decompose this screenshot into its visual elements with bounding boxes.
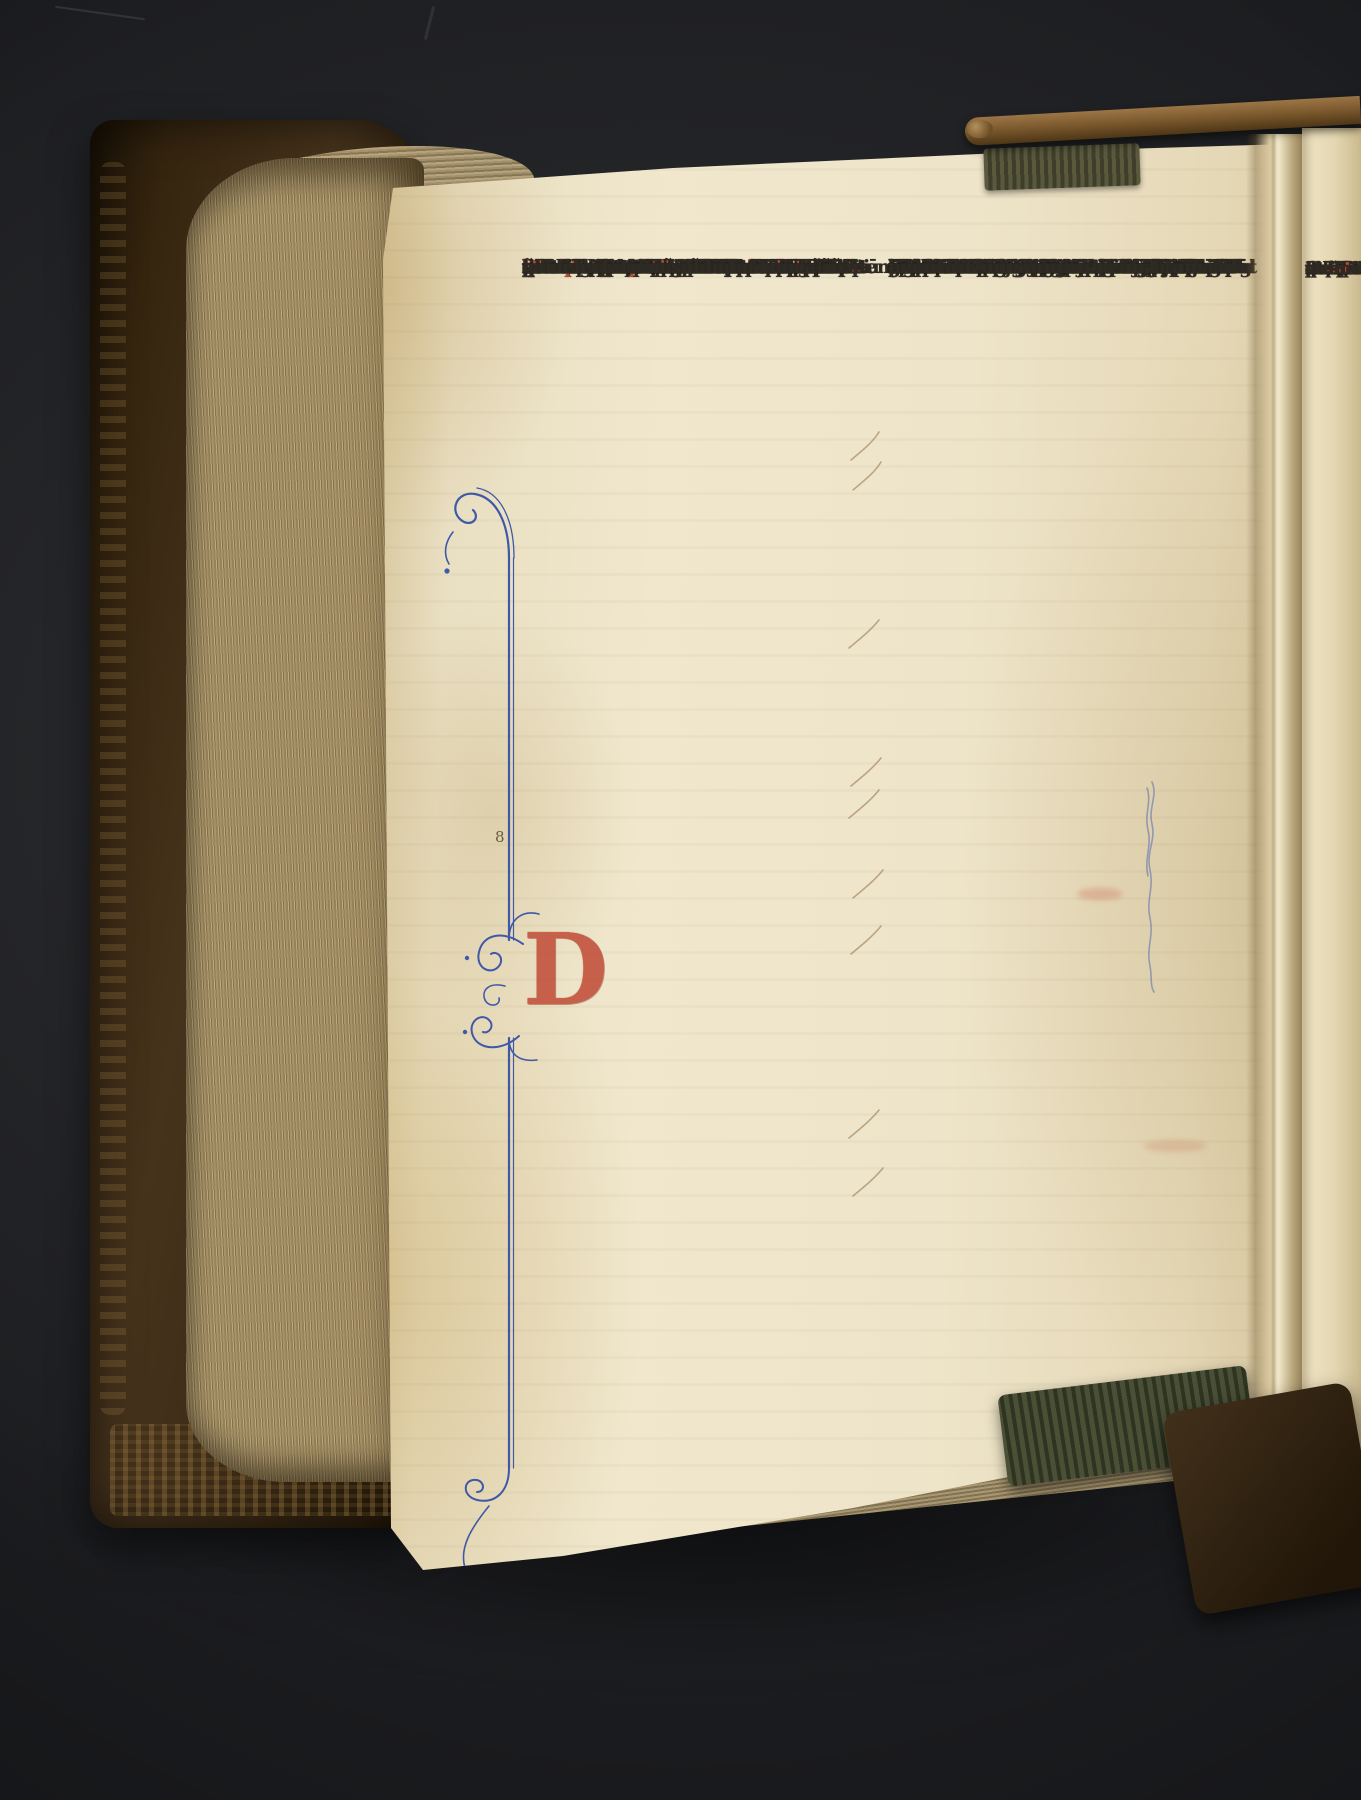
body-text: in carnali contactu. que duplex ē.	[522, 254, 850, 281]
body-text: ad cetera mbra. Tempantia ū cir	[522, 254, 837, 281]
body-text: test eē 7 ueniales 7 mortales. Vñ	[522, 254, 842, 281]
body-text: zona aurea est sponse reges eccl	[888, 254, 1229, 281]
body-text: ad eternum. Vñ scdm hoc modum	[522, 254, 853, 281]
body-text: lei. Solet aū querī utrum ebrietas	[522, 254, 848, 281]
body-text: mortale pecm est 7 destruit uirtu	[522, 254, 849, 281]
body-text: ad decorem data. dan. x. Ecce uir	[888, 254, 1236, 281]
blue-marginal-squiggle	[1140, 778, 1162, 996]
blue-penwork-flourish	[419, 466, 639, 1606]
body-text: auro obrizo. apo. i. Vidit iohs si	[888, 254, 1214, 281]
body-text: uel dormiente; 7 dicitur in libro de	[888, 254, 1252, 281]
body-text: eēt. Virtutem. n. ñ destruit ī mor	[522, 254, 842, 281]
body-text: delectationes scdm tactum. multi	[522, 254, 851, 281]
rubric-text: q' attendit' circa delectationes.	[558, 254, 861, 281]
facing-page-sliver: amilla ssuenta eodmues est sortaque seru…	[1302, 128, 1361, 1458]
photo-backdrop: lei. Solet aū querī utrum ebrietasquelib…	[0, 0, 1361, 1800]
red-bleedthrough-smudge	[1077, 888, 1123, 900]
body-text: choitu illicito. 7 est hec uirtus ual	[888, 254, 1243, 281]
body-text: brietatem ptinens. Vnus attendi	[522, 254, 835, 281]
body-text: in quibz maxime seuit cōcupiscia.	[888, 254, 1238, 281]
body-text: in suauitate unguentor. quedam	[522, 254, 838, 281]
body-text: figura uidetur fuisse continentie	[888, 254, 1225, 281]
body-text: tium necria. regit enim menbra illa	[888, 254, 1255, 281]
body-text: qm necrium est. 7 iste excessus po	[522, 254, 863, 281]
body-text: Ideo in menbro gnatiōis deputa	[888, 254, 1215, 281]
body-text: potum. cum tpāle bonum pfert	[522, 254, 824, 281]
body-text: bo uel potu uirtutem sobrietatis de	[522, 254, 866, 281]
body-text: pantia illa que attenditur circa	[522, 254, 823, 281]
body-text: spālter' uoluit lignum suum pon	[888, 254, 1223, 281]
body-text: mouent eum quies homīs uiuo	[888, 254, 1203, 281]
body-text: tum nobis suadetur. greg. xvij.	[888, 254, 1204, 281]
body-text: scdm tactum. quo ad menbra que	[888, 254, 1237, 281]
body-text: quedam in suauitate lector. qdam	[522, 254, 852, 281]
body-text: pecora. zonis aureis. zona tam	[888, 254, 1203, 281]
body-text: continentia. maxime ū usuam ser	[888, 254, 1234, 281]
body-text: s. circumcisionem. circumcisio spāl	[888, 254, 1256, 281]
body-text: uros accingetes. iij. Re. viij. Accing	[888, 254, 1252, 281]
body-text: est in tractatu de uicio luxurie. 7	[888, 254, 1233, 281]
body-text: uelut quedam porta diligent' cu	[888, 254, 1217, 281]
body-text: milem filio hominis pecinctum ad	[888, 254, 1237, 281]
body-text: cit uir lumbos tuos. luc. xij. Sint	[888, 254, 1224, 281]
body-text: ca delectationes pdictas. uocatur p	[522, 254, 864, 281]
body-text: struat. qr si uerum eēt. omīs excel	[522, 254, 858, 281]
correction-tick-marks	[845, 290, 905, 1250]
body-text: tutem sobrietatis. Alius modus at	[522, 254, 849, 281]
body-text: in suauitate balneor. quedam ū	[522, 254, 828, 281]
body-text: multum piculosa est. ut ostensum	[888, 254, 1241, 281]
body-text: lumbi uri precincti. eph. vi. State	[888, 254, 1233, 281]
cover-corner-bottom-right	[1162, 1381, 1361, 1616]
rubric-text: Diuiso tempantie	[522, 254, 691, 281]
body-text: uel equat etno. 7 tales excessus	[522, 254, 831, 281]
body-text: aspectum. hor menbror effrenata	[888, 254, 1232, 281]
margin-mark: 8	[495, 828, 505, 846]
body-text: qui sumit qd necrium est. 7 sufficit	[522, 254, 867, 281]
body-text: illa que cauet illicitas delectatōes	[888, 254, 1237, 281]
body-text: plex est modus siue mensura ad so	[522, 254, 864, 281]
body-text: lumbos tuos. Job. xxxviij. Accinge	[888, 254, 1233, 281]
body-text: troni deputata. qdam ptinens	[522, 254, 809, 281]
body-text: quelibet. seu quilibet excessus in ci	[522, 254, 870, 281]
spine-textile-top	[983, 143, 1140, 190]
body-text: uestitus lineis. uenes eius accin	[888, 254, 1218, 281]
backdrop-scratch	[55, 6, 144, 21]
backdrop-scratch	[424, 6, 435, 40]
body-text: mensurate sūt qui cibum 7 potum	[522, 254, 856, 281]
body-text: ctiam exhi	[1305, 256, 1361, 283]
body-text: bz. subito figmata caue. quibz de	[888, 254, 1232, 281]
red-bleedthrough-smudge	[1143, 1140, 1207, 1152]
body-text: gnatio sit ingressus uite. ipa. ci	[888, 254, 1217, 281]
body-text: mone continentia uocat' tempantia	[888, 254, 1250, 281]
body-text: ad tactum mulierum. aliqz ad	[888, 254, 1195, 281]
gutter-fold	[1246, 134, 1304, 1464]
body-text: icto de sobrietate que est tem	[604, 254, 896, 281]
body-text: scdm gustum dicendum est de tem	[522, 254, 866, 281]
body-text: sus in cibo uel potu mortale peccatū	[522, 254, 879, 281]
body-text: quedam est in suauitate uestium.	[522, 254, 850, 281]
body-text: succincti lumbos uros. Conuteniū	[888, 254, 1235, 281]
body-text: tem sobrietatis.	[522, 254, 676, 281]
body-text: continentia in scriptura sacra cō	[888, 254, 1227, 281]
body-text: tur in cōmensuratōe nature. Vñ	[522, 254, 832, 281]
body-text: pantia circa delectationes	[604, 254, 857, 281]
body-text: ueratōi deseruiunt. que sic delectāt	[888, 254, 1257, 281]
body-text: exierunt. vij. angli pecincti ad	[888, 254, 1198, 281]
body-text: natura animalium. qr accidit hoibz	[888, 254, 1249, 281]
body-text: tenditur in comparatōe boni tpālis	[522, 254, 860, 281]
body-text: ñ omēs tales excessus destruūt uir	[522, 254, 861, 281]
body-text: mamillas. zona aurea. eudem	[888, 254, 1191, 281]
body-text: 7 quadrupedibz coitum desideratū	[888, 254, 1244, 281]
body-text: Continentia est abstinentia ab oī	[888, 254, 1228, 281]
body-text: stodienda. cuius pd uult deus eē	[888, 254, 1225, 281]
body-text: plex ū est delectatio scdm tactū.	[522, 254, 839, 281]
body-text: quedam ptinens ad menbra gña	[522, 254, 834, 281]
body-text: seruat quis in sumendo cibum 7	[522, 254, 838, 281]
body-text: tale pecm. Ad hoc dicendum qd du	[522, 254, 862, 281]
body-text: nature; Inmoderate ū qui sumit pl'	[522, 254, 862, 281]
decorated-initial-D: D	[523, 926, 608, 1016]
